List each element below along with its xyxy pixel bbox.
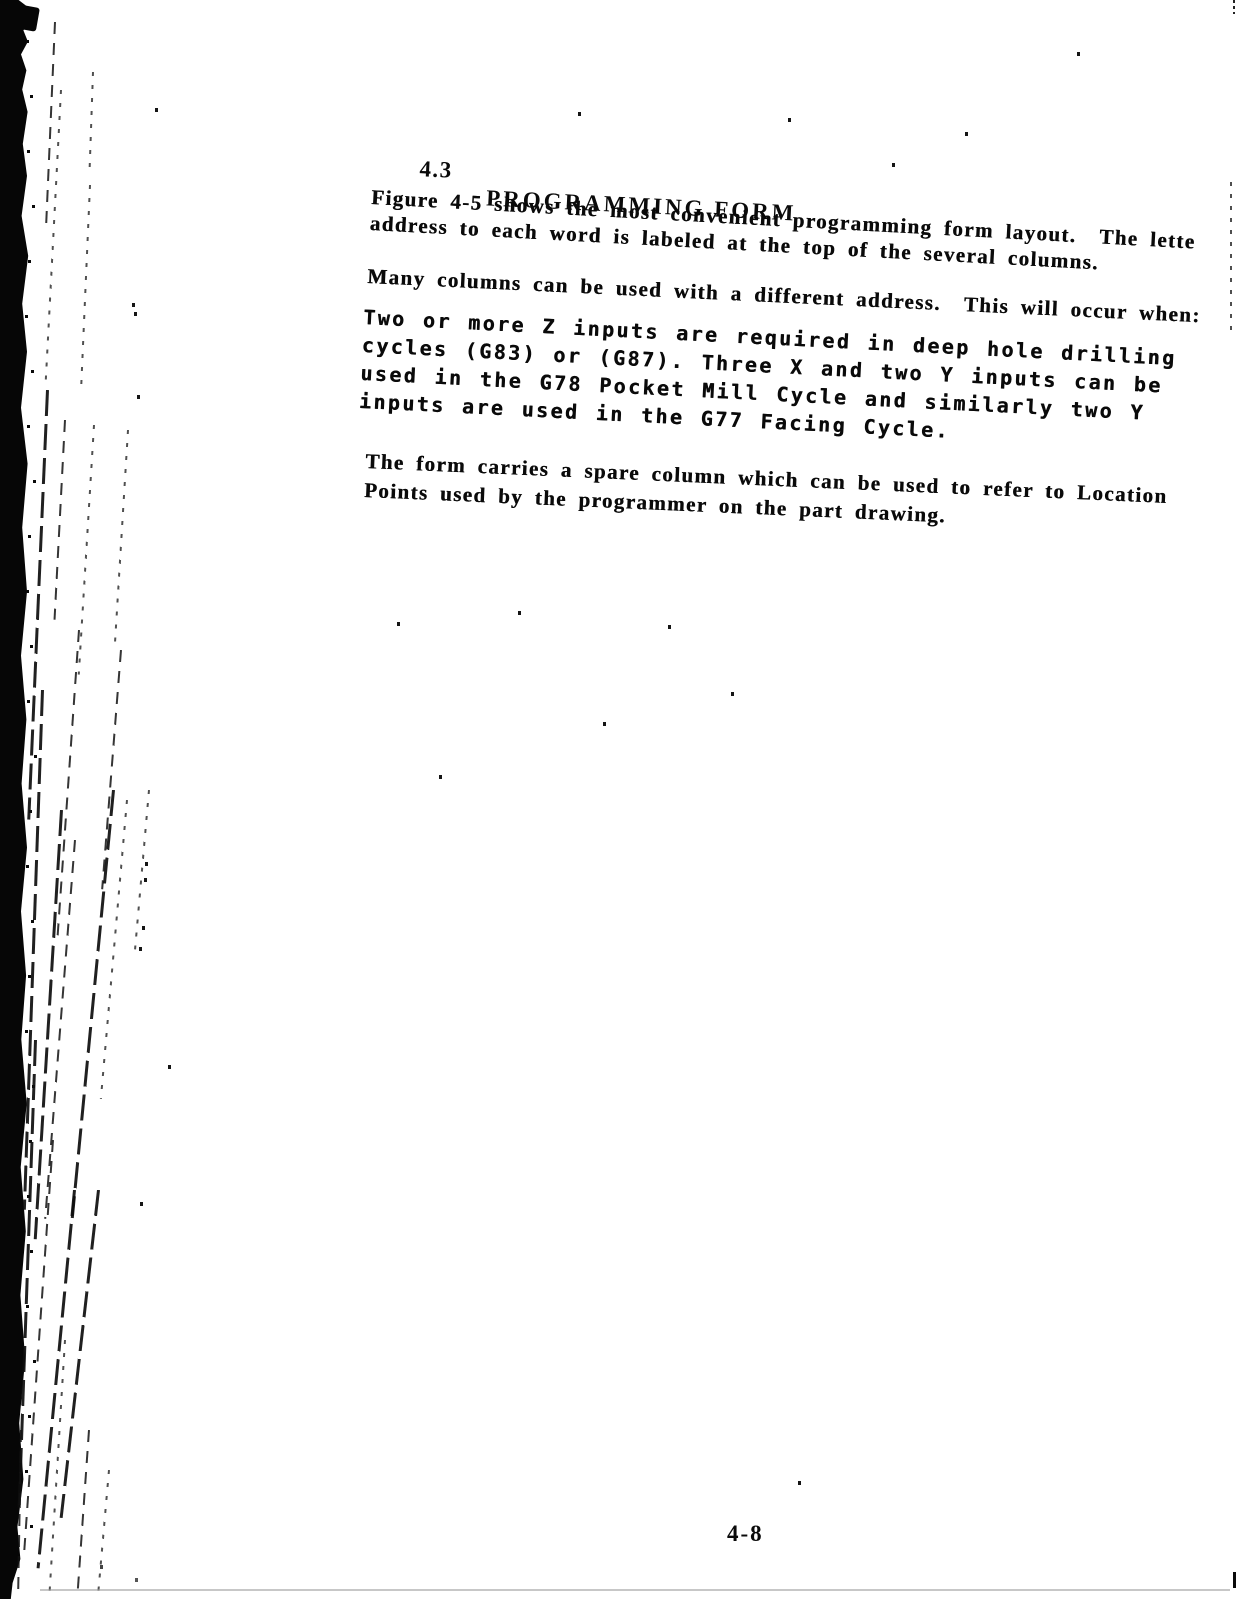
scan-streak xyxy=(37,1190,76,1569)
paragraph-3-typewriter: Two or more Z inputs are required in dee… xyxy=(358,303,1177,456)
scan-streak xyxy=(114,430,129,650)
scan-streak xyxy=(60,1190,100,1518)
scan-streak xyxy=(54,420,66,620)
paragraph-4: The form carries a spare column which ca… xyxy=(363,447,1168,540)
section-number: 4.3 xyxy=(419,156,453,184)
scan-streak xyxy=(97,1470,110,1595)
scan-specks xyxy=(0,0,3,4)
page-number: 4-8 xyxy=(727,1521,764,1547)
scan-streak xyxy=(76,1430,90,1595)
scan-streak xyxy=(101,650,122,889)
scan-streak xyxy=(78,425,95,675)
bottom-right-mark xyxy=(1233,1572,1236,1588)
right-edge-streak xyxy=(1233,0,1235,14)
scan-streak xyxy=(80,185,91,385)
scan-streak xyxy=(89,72,94,172)
scan-streak xyxy=(56,630,80,939)
binding-blob xyxy=(20,10,37,17)
scan-streak xyxy=(45,90,62,380)
bottom-scan-line xyxy=(40,1589,1230,1591)
scanned-document-page: 4.3 PROGRAMMING FORM Figure 4-5 shows th… xyxy=(0,0,1238,1599)
right-edge-streak xyxy=(1230,182,1232,330)
scan-streak xyxy=(134,790,150,950)
binding-blob xyxy=(14,4,40,31)
